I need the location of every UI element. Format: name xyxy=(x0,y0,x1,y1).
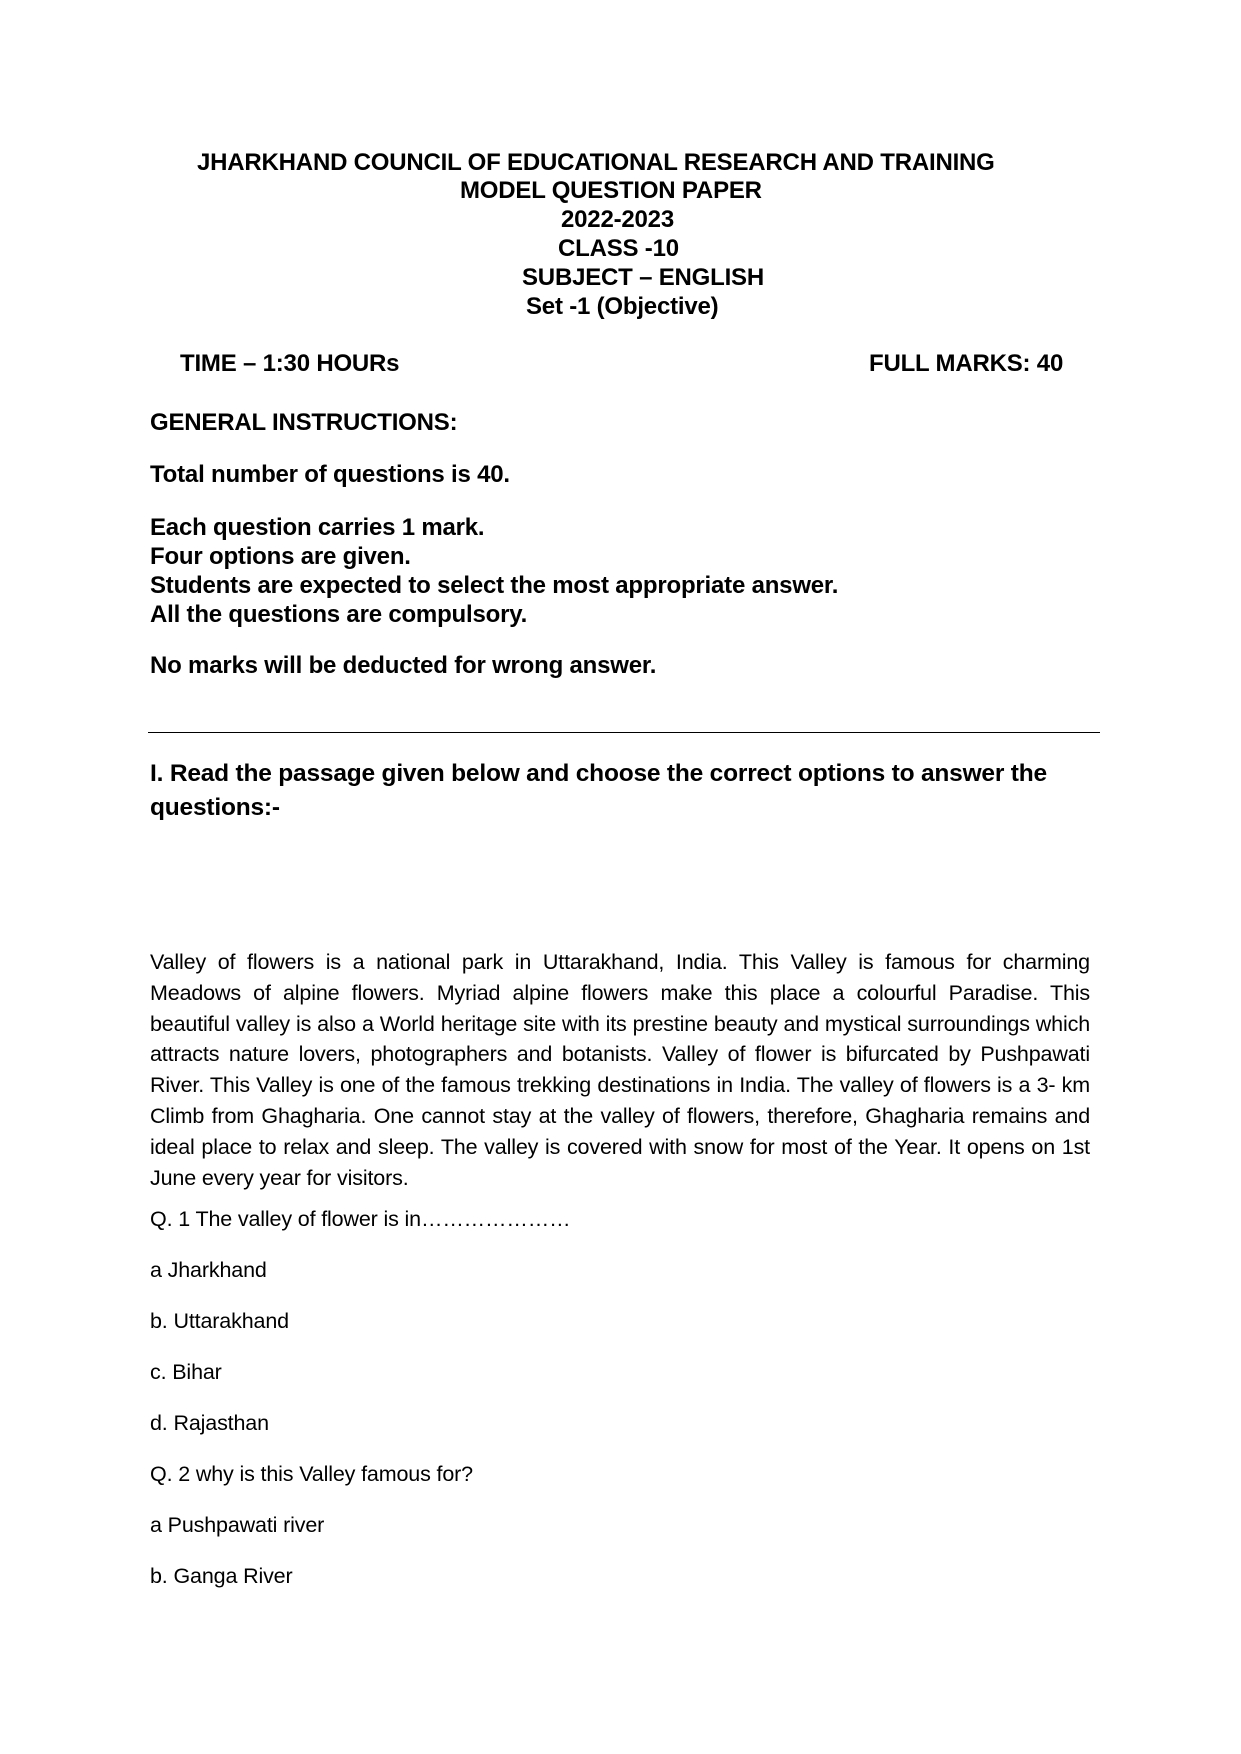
question-option: d. Rajasthan xyxy=(150,1411,269,1436)
question-option: b. Uttarakhand xyxy=(150,1309,289,1334)
full-marks: FULL MARKS: 40 xyxy=(869,350,1063,378)
instruction-total-questions: Total number of questions is 40. xyxy=(150,460,510,489)
question-option: a Pushpawati river xyxy=(150,1513,324,1538)
instruction-line: Students are expected to select the most… xyxy=(150,571,838,600)
question-option: c. Bihar xyxy=(150,1360,222,1385)
section-heading: I. Read the passage given below and choo… xyxy=(150,757,1100,825)
question-paper-page: JHARKHAND COUNCIL OF EDUCATIONAL RESEARC… xyxy=(0,0,1241,1754)
time-allowed: TIME – 1:30 HOURs xyxy=(180,350,399,378)
reading-passage: Valley of flowers is a national park in … xyxy=(150,947,1090,1193)
instruction-line: Four options are given. xyxy=(150,542,411,571)
paper-type: MODEL QUESTION PAPER xyxy=(460,176,762,205)
instruction-line: All the questions are compulsory. xyxy=(150,600,527,629)
session-year: 2022-2023 xyxy=(561,205,674,234)
instructions-title: GENERAL INSTRUCTIONS: xyxy=(150,408,457,437)
question-option: a Jharkhand xyxy=(150,1258,267,1283)
question-option: b. Ganga River xyxy=(150,1564,293,1589)
question-text: Q. 1 The valley of flower is in………………… xyxy=(150,1207,570,1232)
organization-title: JHARKHAND COUNCIL OF EDUCATIONAL RESEARC… xyxy=(197,148,995,177)
instruction-line: Each question carries 1 mark. xyxy=(150,513,484,542)
subject-label: SUBJECT – ENGLISH xyxy=(522,263,764,292)
question-text: Q. 2 why is this Valley famous for? xyxy=(150,1462,473,1487)
section-divider xyxy=(148,732,1100,733)
set-label: Set -1 (Objective) xyxy=(526,292,718,321)
class-label: CLASS -10 xyxy=(558,234,679,263)
instruction-negative-marking: No marks will be deducted for wrong answ… xyxy=(150,651,656,680)
